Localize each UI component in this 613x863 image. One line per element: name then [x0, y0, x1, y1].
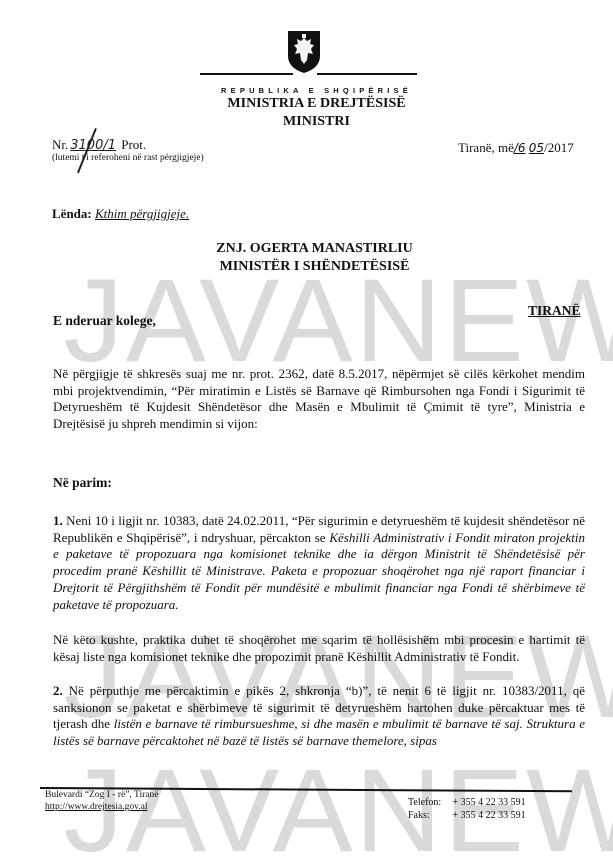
office-name: MINISTRI [0, 114, 613, 130]
footer-address-block: Bulevardi “Zog I - rë”, Tiranë http://ww… [45, 789, 158, 813]
letter-date: Tiranë, më/6 05/2017 [458, 140, 574, 156]
albanian-coat-of-arms-icon [286, 30, 322, 74]
point-2-number: 2. [53, 683, 63, 698]
protocol-suffix: Prot. [121, 137, 146, 152]
point-1-paragraph: 1. Neni 10 i ligjit nr. 10383, datë 24.0… [53, 513, 585, 613]
date-month: 05 [529, 141, 544, 155]
recipient-block: ZNJ. OGERTA MANASTIRLIU MINISTËR I SHËND… [0, 240, 613, 276]
phone-label: Telefon: [408, 796, 450, 809]
protocol-prefix: Nr. [52, 137, 68, 152]
footer-website-link[interactable]: http://www.drejtesia.gov.al [45, 802, 147, 812]
footer-address: Bulevardi “Zog I - rë”, Tiranë [45, 789, 158, 801]
recipient-title: MINISTËR I SHËNDETËSISË [16, 258, 613, 276]
fax-label: Faks: [408, 809, 450, 822]
date-prefix: Tiranë, më [458, 140, 514, 155]
phone-number: + 355 4 22 33 591 [453, 797, 526, 808]
footer-contact-block: Telefon: + 355 4 22 33 591 Faks: + 355 4… [408, 796, 526, 822]
greeting: E nderuar kolege, [53, 313, 156, 329]
subject-label: Lënda: [52, 206, 92, 221]
letter-page: REPUBLIKA E SHQIPËRISË MINISTRIA E DREJT… [0, 0, 613, 863]
point-2-quote: listën e barnave të rimbursueshme, si dh… [53, 716, 585, 748]
ministry-name: MINISTRIA E DREJTËSISË [0, 96, 613, 112]
point-1-number: 1. [53, 513, 63, 528]
section-heading: Në parim: [53, 475, 112, 491]
subject-value: Kthim përgjigjeje. [95, 206, 189, 221]
republic-name: REPUBLIKA E SHQIPËRISË [0, 86, 613, 95]
date-day: /6 [514, 141, 526, 155]
letterhead-rule-right [317, 73, 417, 75]
point-1-followup-paragraph: Në këto kushte, praktika duhet të shoqër… [53, 632, 585, 665]
protocol-note: (lutemi t'i referoheni në rast përgjigje… [52, 153, 204, 163]
recipient-city: TIRANË [528, 303, 581, 319]
protocol-number-handwritten: 3100/1 [68, 138, 118, 153]
fax-number: + 355 4 22 33 591 [453, 810, 526, 821]
letterhead-rule-left [200, 73, 293, 75]
subject-line: Lënda: Kthim përgjigjeje. [52, 206, 189, 222]
point-2-paragraph: 2. Në përputhje me përcaktimin e pikës 2… [53, 683, 585, 750]
intro-paragraph: Në përgjigje të shkresës suaj me nr. pro… [53, 366, 585, 433]
protocol-number: Nr.3100/1 Prot. [52, 137, 146, 153]
date-year: /2017 [544, 140, 574, 155]
recipient-name: ZNJ. OGERTA MANASTIRLIU [16, 240, 613, 258]
